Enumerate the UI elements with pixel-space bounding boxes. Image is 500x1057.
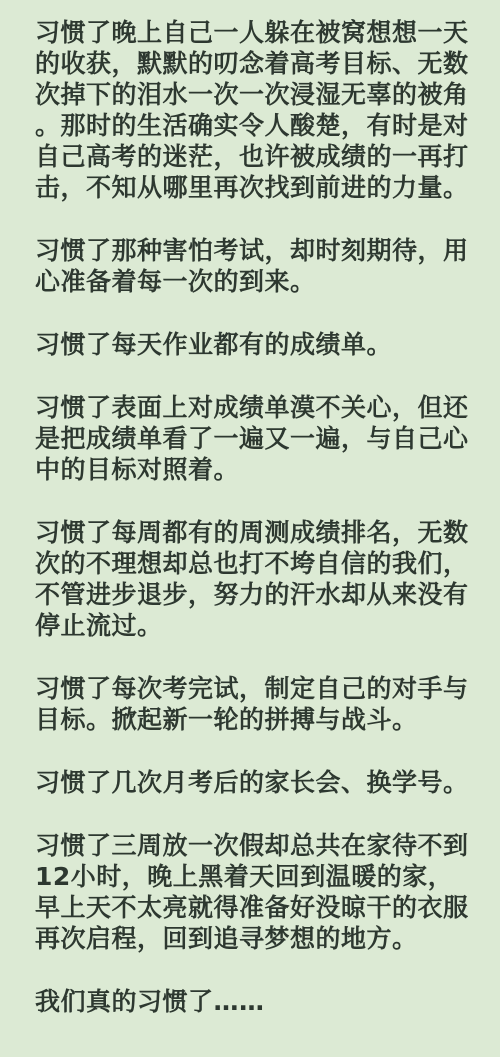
article-text-block: 习惯了晚上自己一人躲在被窝想想一天 的收获，默默的叨念着高考目标、无数 次掉下的… [0,0,500,1017]
paragraph-4: 习惯了表面上对成绩单漠不关心，但还 是把成绩单看了一遍又一遍，与自己心 中的目标… [35,392,470,485]
paragraph-8: 习惯了三周放一次假却总共在家待不到 12小时，晚上黑着天回到温暖的家， 早上天不… [35,830,470,954]
paragraph-7: 习惯了几次月考后的家长会、换学号。 [35,767,470,798]
paragraph-6: 习惯了每次考完试，制定自己的对手与 目标。掀起新一轮的拼搏与战斗。 [35,673,470,735]
paragraph-9: 我们真的习惯了…… [35,986,470,1017]
paragraph-2: 习惯了那种害怕考试，却时刻期待，用 心准备着每一次的到来。 [35,235,470,297]
paragraph-1: 习惯了晚上自己一人躲在被窝想想一天 的收获，默默的叨念着高考目标、无数 次掉下的… [35,17,470,203]
paragraph-3: 习惯了每天作业都有的成绩单。 [35,329,470,360]
paragraph-5: 习惯了每周都有的周测成绩排名，无数 次的不理想却总也打不垮自信的我们， 不管进步… [35,517,470,641]
